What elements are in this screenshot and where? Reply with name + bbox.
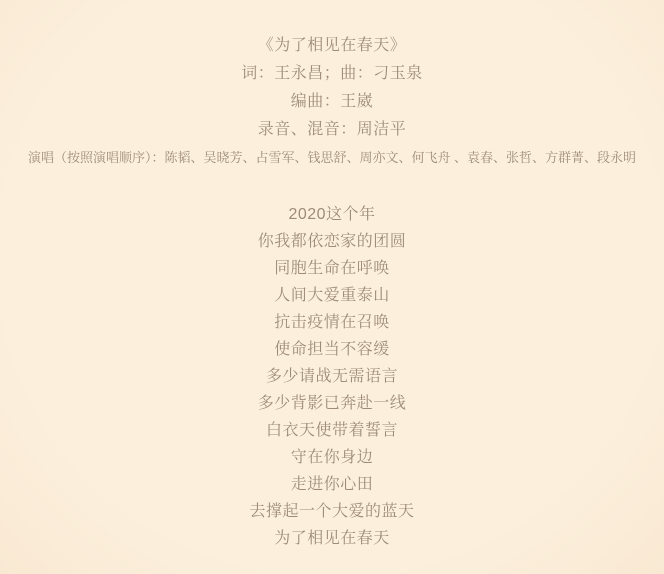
lyric-line: 白衣天使带着誓言 [0,417,664,444]
lyric-line: 抗击疫情在召唤 [0,309,664,336]
song-header: 《为了相见在春天》 词：王永昌；曲：刁玉泉 编曲：王崴 录音、混音：周洁平 演唱… [0,32,664,172]
header-lyrics-gap [0,172,664,201]
lyric-line: 去撑起一个大爱的蓝天 [0,498,664,525]
lyric-line: 2020这个年 [0,201,664,228]
lyrics-page: 《为了相见在春天》 词：王永昌；曲：刁玉泉 编曲：王崴 录音、混音：周洁平 演唱… [0,0,664,574]
lyric-line: 为了相见在春天 [0,525,664,552]
credit-line-recording-mixing: 录音、混音：周洁平 [0,116,664,144]
lyric-line: 人间大爱重泰山 [0,282,664,309]
lyric-line: 你我都依恋家的团圆 [0,228,664,255]
lyric-line: 同胞生命在呼唤 [0,255,664,282]
lyrics-body: 2020这个年 你我都依恋家的团圆 同胞生命在呼唤 人间大爱重泰山 抗击疫情在召… [0,201,664,552]
lyric-line: 多少请战无需语言 [0,363,664,390]
lyric-line: 使命担当不容缓 [0,336,664,363]
lyric-line: 守在你身边 [0,444,664,471]
lyric-line: 走进你心田 [0,471,664,498]
credit-line-lyricist-composer: 词：王永昌；曲：刁玉泉 [0,60,664,88]
credit-line-singers: 演唱（按照演唱顺序）：陈韬、吴晓芳、占雪军、钱思舒、周亦文、何飞舟 、袁春、张哲… [0,144,664,172]
song-title: 《为了相见在春天》 [0,32,664,60]
lyric-line: 多少背影已奔赴一线 [0,390,664,417]
credit-line-arranger: 编曲：王崴 [0,88,664,116]
